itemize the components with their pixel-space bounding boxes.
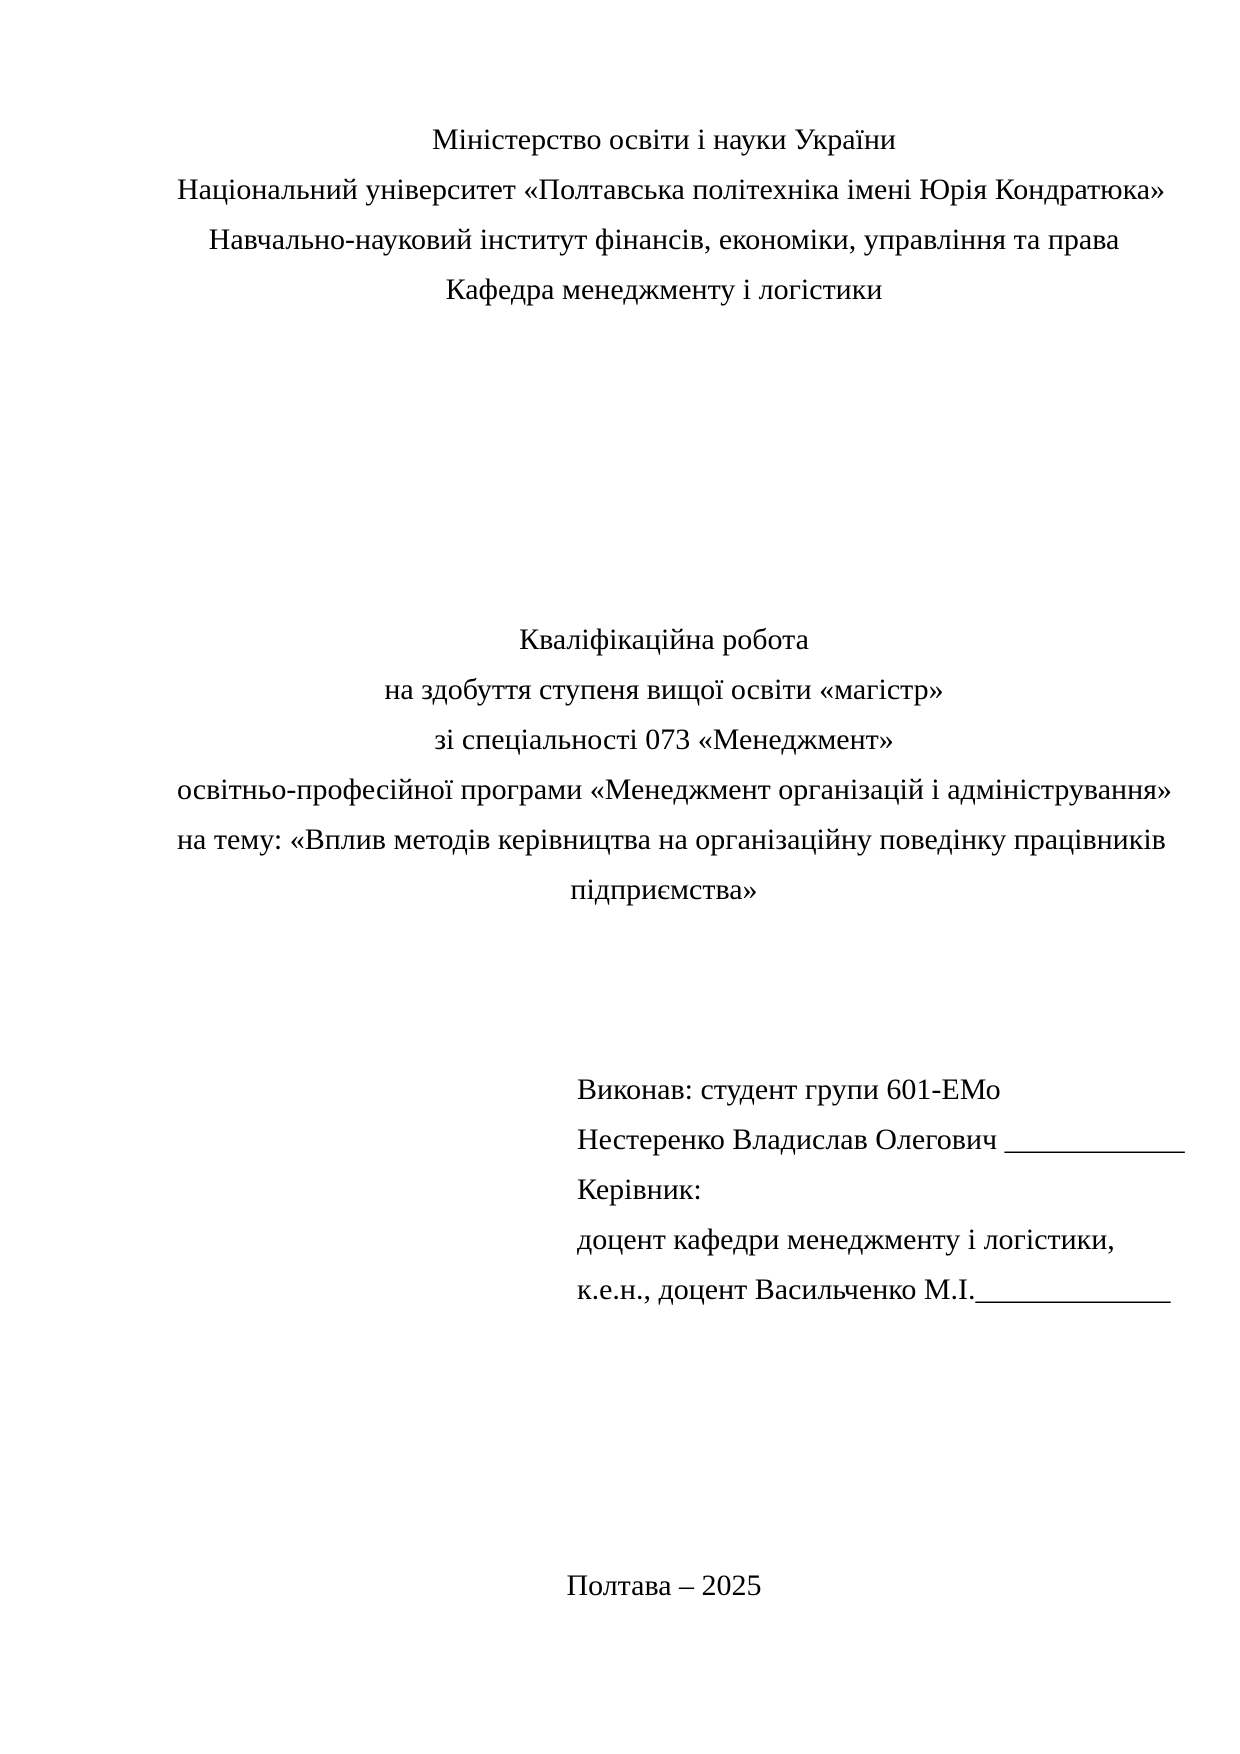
university-header: Міністерство освіти і науки України Наці… bbox=[177, 115, 1151, 315]
degree-line: на здобуття ступеня вищої освіти «магіст… bbox=[177, 665, 1151, 715]
ministry-line: Міністерство освіти і науки України bbox=[177, 115, 1151, 165]
topic-line-2: підприємства» bbox=[177, 865, 1151, 915]
executed-by-line: Виконав: студент групи 601-ЕМо bbox=[577, 1065, 1185, 1115]
department-line: Кафедра менеджменту і логістики bbox=[177, 265, 1151, 315]
institute-line: Навчально-науковий інститут фінансів, ек… bbox=[177, 215, 1151, 265]
specialty-line: зі спеціальності 073 «Менеджмент» bbox=[177, 715, 1151, 765]
work-title-block: Кваліфікаційна робота на здобуття ступен… bbox=[177, 615, 1151, 915]
supervisor-label-line: Керівник: bbox=[577, 1165, 1185, 1215]
work-type-line: Кваліфікаційна робота bbox=[177, 615, 1151, 665]
city-year-line: Полтава – 2025 bbox=[177, 1561, 1151, 1611]
supervisor-name-line: к.е.н., доцент Васильченко М.І._________… bbox=[577, 1265, 1185, 1315]
university-line: Національний університет «Полтавська пол… bbox=[177, 165, 1151, 215]
city-year-footer: Полтава – 2025 bbox=[177, 1561, 1151, 1611]
thesis-title-page: Міністерство освіти і науки України Наці… bbox=[0, 0, 1240, 1754]
supervisor-title-line: доцент кафедри менеджменту і логістики, bbox=[577, 1215, 1185, 1265]
program-line: освітньо-професійної програми «Менеджмен… bbox=[177, 765, 1151, 815]
student-name-line: Нестеренко Владислав Олегович __________… bbox=[577, 1115, 1185, 1165]
topic-line-1: на тему: «Вплив методів керівництва на о… bbox=[177, 815, 1151, 865]
author-supervisor-block: Виконав: студент групи 601-ЕМо Нестеренк… bbox=[577, 1065, 1185, 1315]
